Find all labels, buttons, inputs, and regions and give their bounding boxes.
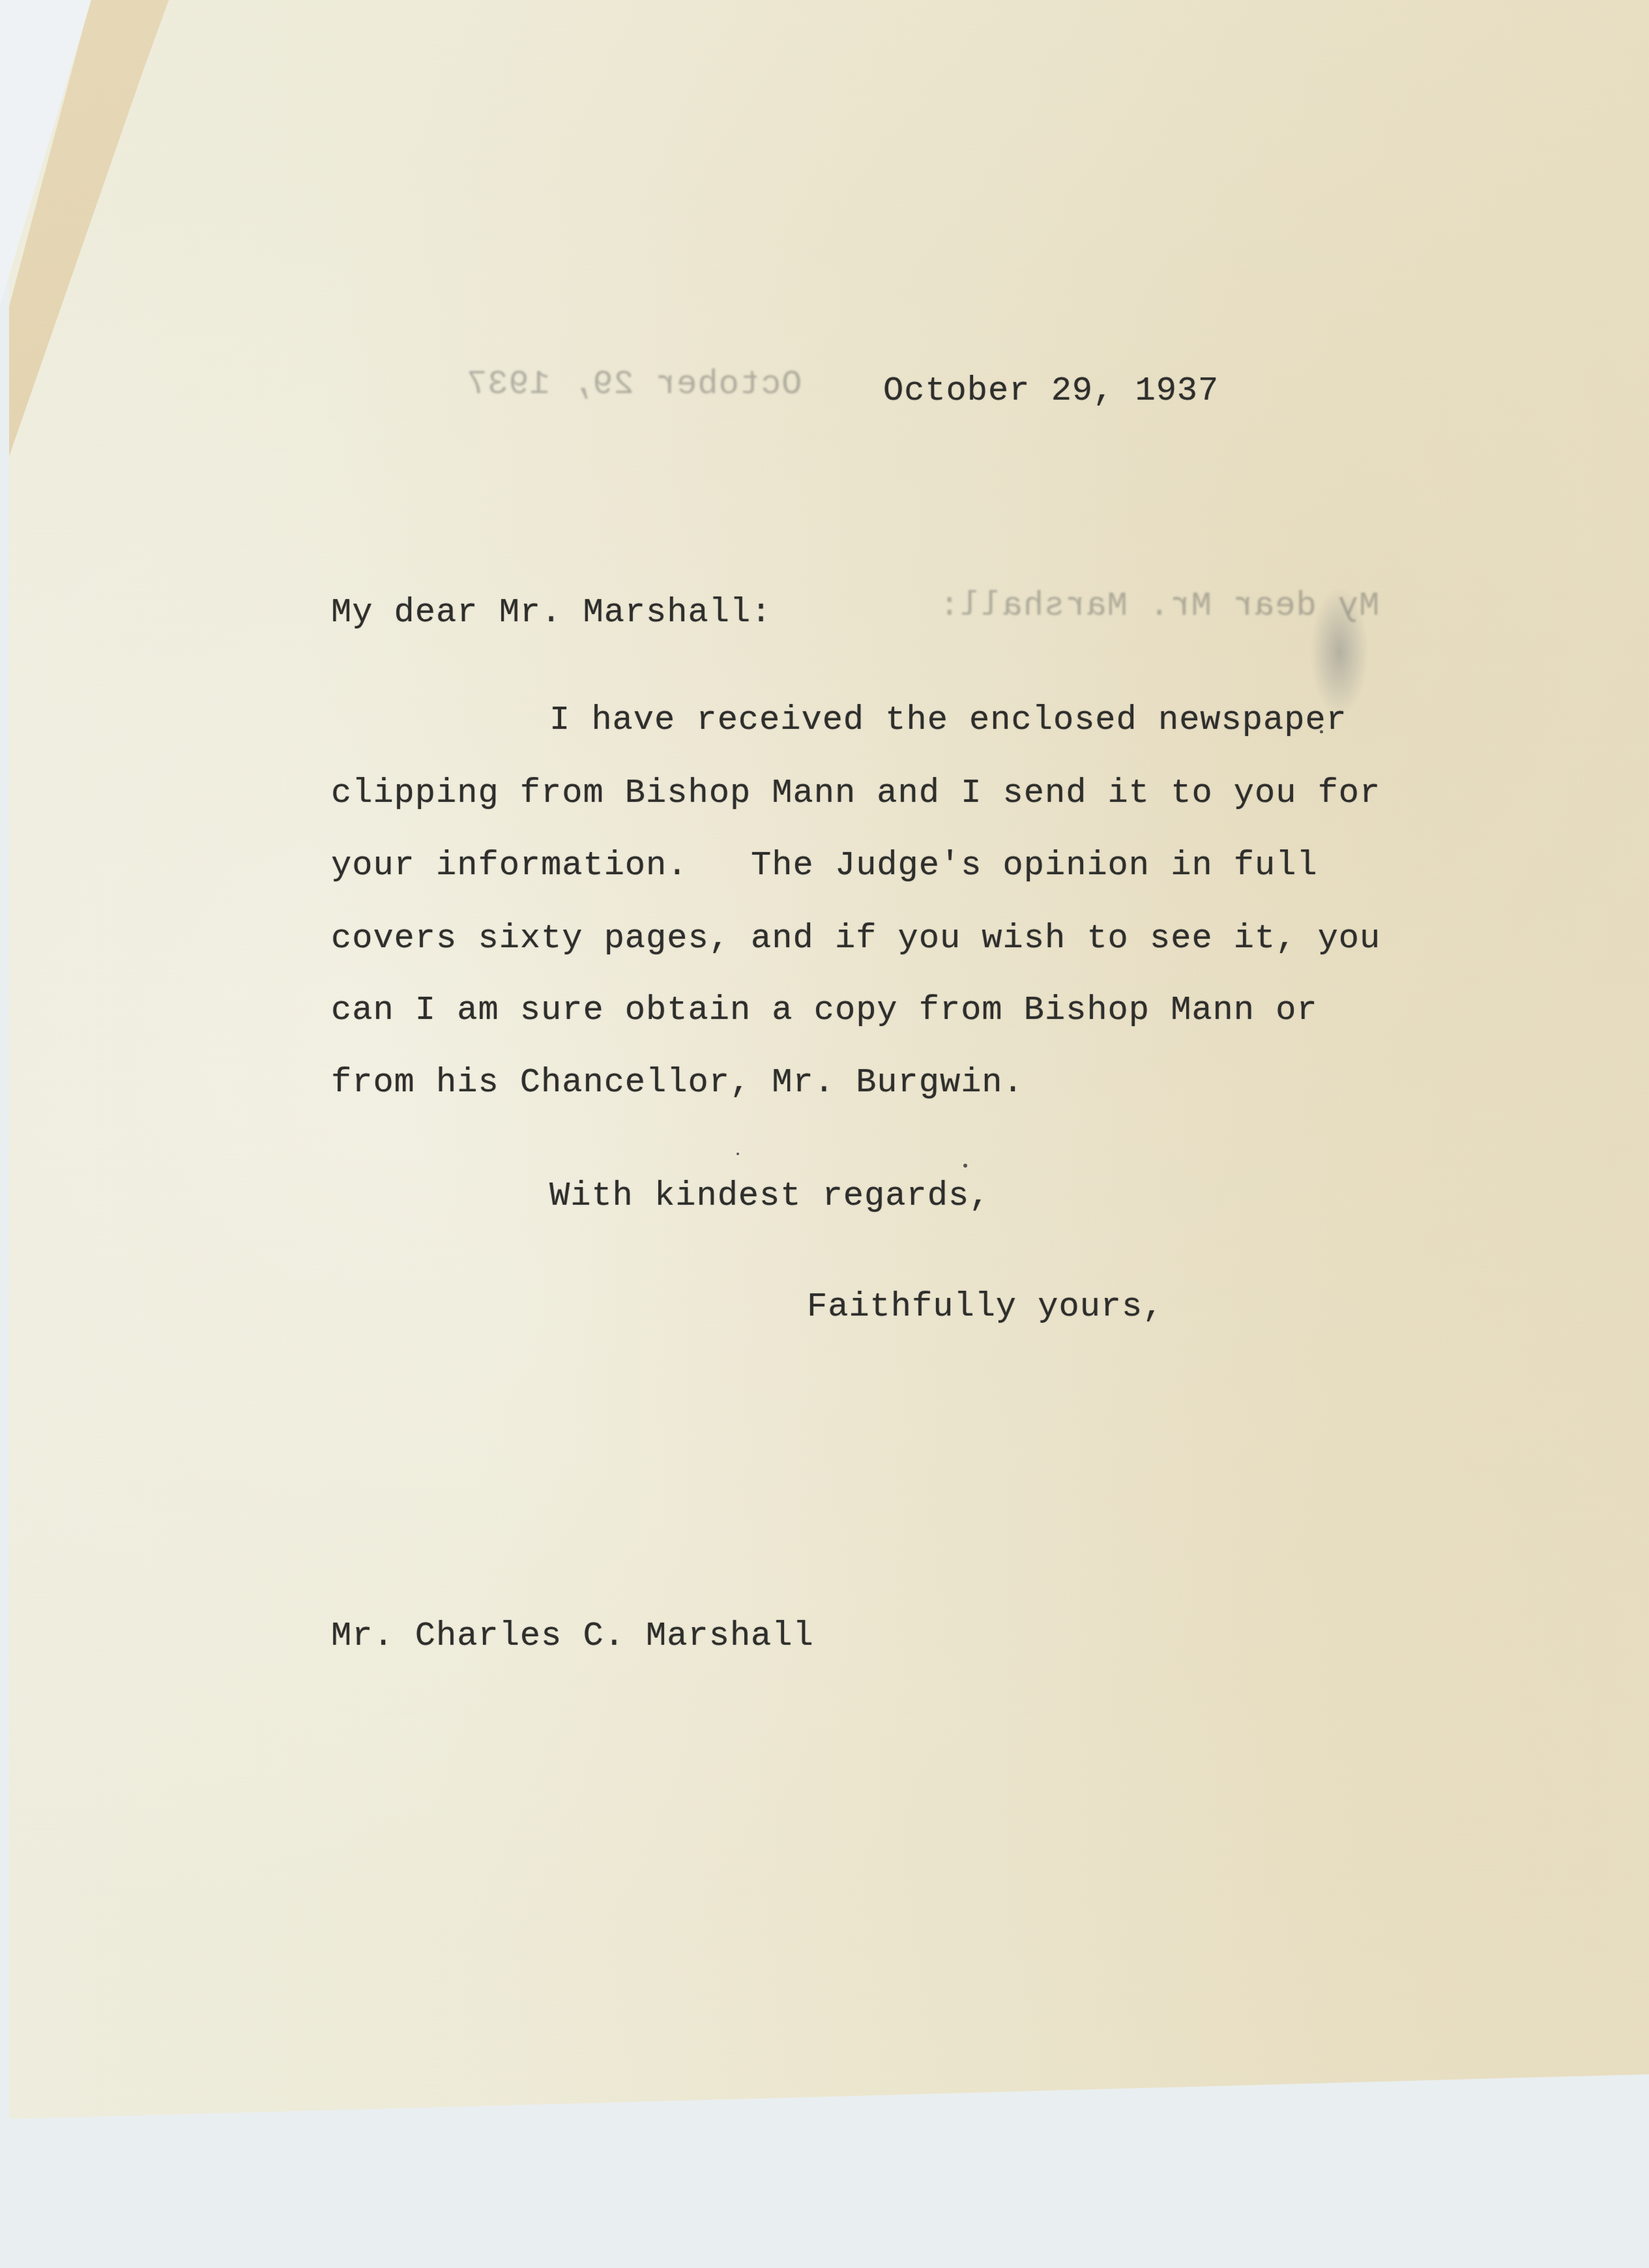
body-line: I have received the enclosed newspaper [549,701,1347,739]
body-line: can I am sure obtain a copy from Bishop … [331,991,1318,1029]
ink-speck [1320,730,1323,733]
ink-speck [963,1164,967,1168]
body-line: clipping from Bishop Mann and I send it … [331,774,1380,812]
ink-speck [737,1153,739,1155]
body-line: your information. The Judge's opinion in… [331,846,1318,885]
salutation: My dear Mr. Marshall: [331,593,772,632]
closing-signoff: Faithfully yours, [807,1288,1164,1326]
closing-regards: With kindest regards, [549,1177,990,1215]
letter-paper [9,0,1649,2119]
date-offset-ghost: October 29, 1937 [466,365,802,404]
recipient-name: Mr. Charles C. Marshall [331,1617,814,1655]
body-line: covers sixty pages, and if you wish to s… [331,919,1380,958]
letter-date: October 29, 1937 [883,372,1219,410]
body-line: from his Chancellor, Mr. Burgwin. [331,1063,1024,1102]
ink-smudge [1310,587,1369,717]
